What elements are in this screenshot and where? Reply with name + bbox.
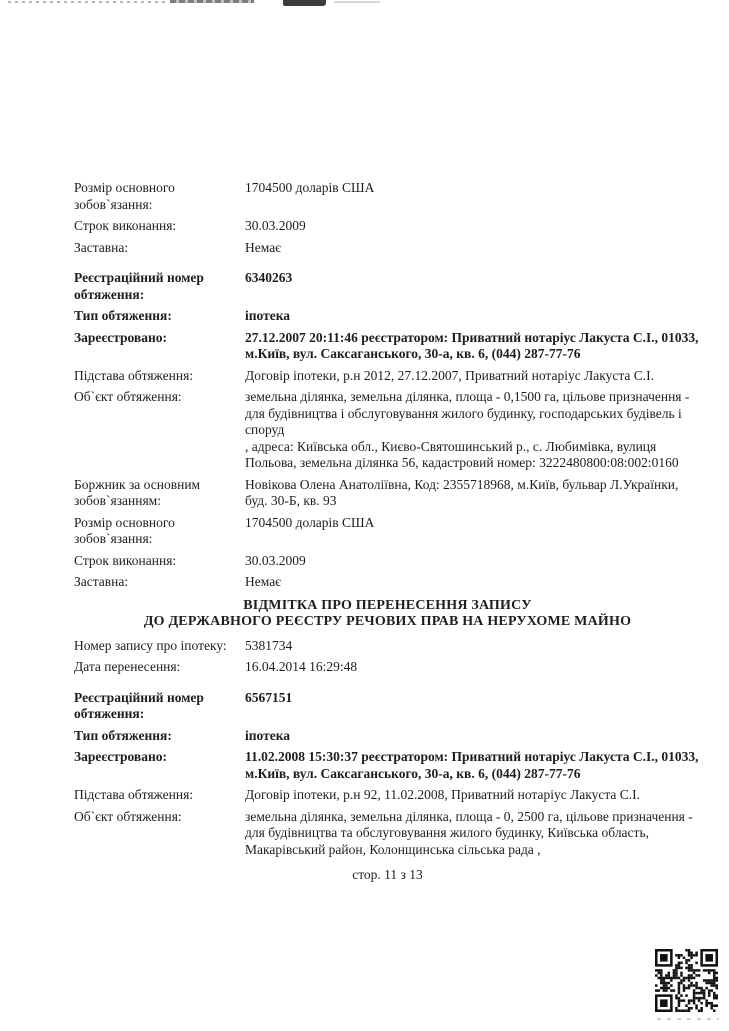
field-value: Немає [245, 240, 701, 257]
field-value: Немає [245, 574, 701, 591]
field-row: Об`єкт обтяження:земельна ділянка, земел… [74, 389, 701, 472]
field-row: Розмір основного зобов`язання:1704500 до… [74, 515, 701, 548]
field-label: Номер запису про іпотеку: [74, 638, 245, 655]
field-label: Зареєстровано: [74, 330, 245, 363]
section-heading-line: ДО ДЕРЖАВНОГО РЕЄСТРУ РЕЧОВИХ ПРАВ НА НЕ… [74, 614, 701, 631]
section-heading-line: ВІДМІТКА ПРО ПЕРЕНЕСЕННЯ ЗАПИСУ [74, 598, 701, 615]
field-label: Заставна: [74, 574, 245, 591]
field-label: Заставна: [74, 240, 245, 257]
scan-artifact-top-dark-blob [283, 0, 326, 6]
field-row: Строк виконання:30.03.2009 [74, 553, 701, 570]
field-value: земельна ділянка, земельна ділянка, площ… [245, 389, 701, 472]
field-label: Підстава обтяження: [74, 787, 245, 804]
field-row: Розмір основного зобов`язання:1704500 до… [74, 180, 701, 213]
qr-code [655, 949, 718, 1012]
page-indicator: стор. 11 з 13 [74, 867, 701, 884]
field-row: Об`єкт обтяження:земельна ділянка, земел… [74, 809, 701, 859]
field-value: іпотека [245, 728, 701, 745]
scan-artifact-top-speckle [8, 1, 166, 3]
field-label: Реєстраційний номер обтяження: [74, 690, 245, 723]
field-value: 11.02.2008 15:30:37 реєстратором: Приват… [245, 749, 701, 782]
field-label: Строк виконання: [74, 218, 245, 235]
field-value: 27.12.2007 20:11:46 реєстратором: Приват… [245, 330, 701, 363]
field-label: Реєстраційний номер обтяження: [74, 270, 245, 303]
field-row: Дата перенесення:16.04.2014 16:29:48 [74, 659, 701, 676]
field-row: Строк виконання:30.03.2009 [74, 218, 701, 235]
field-label: Об`єкт обтяження: [74, 389, 245, 472]
field-row: Боржник за основним зобов`язанням:Новіко… [74, 477, 701, 510]
field-value: 6340263 [245, 270, 701, 303]
field-row: Тип обтяження:іпотека [74, 308, 701, 325]
field-row: Тип обтяження:іпотека [74, 728, 701, 745]
document-body: Розмір основного зобов`язання:1704500 до… [74, 180, 701, 884]
field-value: Договір іпотеки, р.н 2012, 27.12.2007, П… [245, 368, 701, 385]
field-label: Тип обтяження: [74, 728, 245, 745]
field-label: Боржник за основним зобов`язанням: [74, 477, 245, 510]
field-label: Строк виконання: [74, 553, 245, 570]
field-value: 30.03.2009 [245, 553, 701, 570]
field-label: Підстава обтяження: [74, 368, 245, 385]
field-row: Підстава обтяження:Договір іпотеки, р.н … [74, 787, 701, 804]
field-row: Підстава обтяження:Договір іпотеки, р.н … [74, 368, 701, 385]
qr-code-image [655, 949, 718, 1012]
field-row: Заставна:Немає [74, 240, 701, 257]
field-row: Реєстраційний номер обтяження:6567151 [74, 690, 701, 723]
field-value: Договір іпотеки, р.н 92, 11.02.2008, При… [245, 787, 701, 804]
field-row: Номер запису про іпотеку:5381734 [74, 638, 701, 655]
field-row: Зареєстровано:11.02.2008 15:30:37 реєстр… [74, 749, 701, 782]
field-label: Об`єкт обтяження: [74, 809, 245, 859]
field-label: Тип обтяження: [74, 308, 245, 325]
field-row: Зареєстровано:27.12.2007 20:11:46 реєстр… [74, 330, 701, 363]
field-value: іпотека [245, 308, 701, 325]
section-heading: ВІДМІТКА ПРО ПЕРЕНЕСЕННЯ ЗАПИСУДО ДЕРЖАВ… [74, 598, 701, 631]
field-value: 5381734 [245, 638, 701, 655]
scan-artifact-under-qr [657, 1018, 719, 1020]
field-value: 1704500 доларів США [245, 515, 701, 548]
field-label: Розмір основного зобов`язання: [74, 180, 245, 213]
scan-artifact-top-dashes [170, 0, 254, 3]
field-label: Дата перенесення: [74, 659, 245, 676]
field-label: Зареєстровано: [74, 749, 245, 782]
field-value: 1704500 доларів США [245, 180, 701, 213]
field-value: 16.04.2014 16:29:48 [245, 659, 701, 676]
scan-artifact-top-faint [334, 1, 380, 3]
field-label: Розмір основного зобов`язання: [74, 515, 245, 548]
field-value: 30.03.2009 [245, 218, 701, 235]
field-row: Заставна:Немає [74, 574, 701, 591]
field-value: земельна ділянка, земельна ділянка, площ… [245, 809, 701, 859]
field-row: Реєстраційний номер обтяження:6340263 [74, 270, 701, 303]
field-value: Новікова Олена Анатоліївна, Код: 2355718… [245, 477, 701, 510]
field-value: 6567151 [245, 690, 701, 723]
